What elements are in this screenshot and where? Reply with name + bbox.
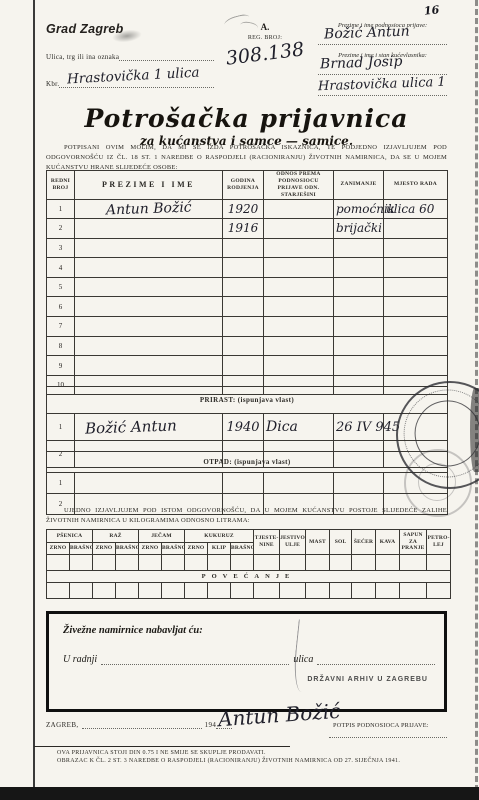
header-mjesto-rada: MJESTO RADA: [384, 171, 448, 200]
otpad-label-row: OTPAD: (ispunjava vlast): [47, 452, 448, 473]
row-number: 1: [47, 473, 75, 494]
row-number: 9: [47, 356, 75, 376]
row-number: 3: [47, 238, 75, 258]
cell-name: Antun Božić: [105, 199, 191, 218]
sub-brasno: BRAŠNO: [70, 543, 93, 555]
row-number: 1: [47, 414, 75, 441]
supplies-value-row: [47, 555, 451, 571]
signature-year-prefix: 194: [205, 721, 217, 729]
signature-city: ZAGREB,: [46, 721, 79, 729]
increase-band: POVEĆANJE: [47, 571, 451, 583]
landlord-value: Brnad Josip: [320, 54, 403, 73]
cell-date: 26 IV 945: [336, 420, 400, 435]
header-kava: KAVA: [376, 530, 400, 555]
cell-year: 1916: [228, 221, 259, 235]
table-row: 6: [47, 297, 448, 317]
reg-value: 308.138: [220, 38, 310, 71]
table-row: 1: [47, 473, 448, 494]
table-row: 2 1916 brijački: [47, 219, 448, 239]
table-row: 3: [47, 238, 448, 258]
corner-mark: 16: [423, 3, 440, 18]
prirast-label: PRIRAST: (ispunjava vlast): [47, 387, 448, 414]
table-row: 1 Božić Antun 1940 Dica 26 IV 945: [47, 414, 448, 441]
row-number: 1: [47, 199, 75, 219]
table-row: 7: [47, 317, 448, 337]
cell-year: 1920: [228, 202, 259, 216]
cell-relation: Dica: [266, 419, 298, 435]
round-stamp-faint: [404, 449, 472, 517]
bottom-scan-bar: [0, 787, 479, 800]
street-dotline: [317, 652, 435, 665]
header-sapun: SAPUN ZA PRANJE: [400, 530, 427, 555]
purchase-line1: Živežne namirnice nabavljat ću:: [63, 625, 203, 636]
signature-section: ZAGREB, 194 Antun Božić POTPIS PODNOSIOC…: [46, 711, 447, 755]
scanned-form-page: 16 Grad Zagreb Ulica, trg ili ina oznaka…: [0, 0, 479, 800]
header-prezime-ime: PREZIME I IME: [75, 171, 223, 200]
sub-zrno: ZRNO: [47, 543, 70, 555]
street-label: Ulica, trg ili ina oznaka: [46, 53, 119, 61]
shop-dotline: [101, 652, 289, 665]
header-psenica: PŠENICA: [47, 530, 93, 543]
cell-name: Božić Antun: [85, 416, 177, 437]
header-petrolej: PETRO­LEJ: [427, 530, 451, 555]
form-title: Potrošačka prijavnica: [46, 104, 447, 133]
cell-workplace: ulica 60: [386, 202, 434, 216]
supplies-value-row: [47, 583, 451, 599]
supplies-table: PŠENICA RAŽ JEČAM KUKURUZ TJESTE­NINE JE…: [46, 529, 447, 599]
row-number: 6: [47, 297, 75, 317]
increase-label: POVEĆANJE: [47, 571, 451, 583]
sub-zrno: ZRNO: [93, 543, 116, 555]
applicant-value: Božić Antun: [324, 24, 410, 43]
kbr-value: Hrastovička 1 ulica: [67, 65, 200, 88]
signature-label: POTPIS PODNOSIOCA PRIJAVE:: [333, 722, 429, 729]
header-jestivo-ulje: JESTIVO ULJE: [280, 530, 306, 555]
table-row: 1 Antun Božić 1920 pomoćnik ulica 60: [47, 199, 448, 219]
cell-occupation: brijački: [336, 221, 382, 235]
table-row: 8: [47, 336, 448, 356]
kbr-dotline: Hrastovička 1 ulica: [59, 71, 214, 88]
header-raz: RAŽ: [93, 530, 139, 543]
prirast-label-row: PRIRAST: (ispunjava vlast): [47, 387, 448, 414]
supplies-statement: UJEDNO IZJAVLJUJEM POD ISTOM ODGOVORNOŠĆ…: [46, 506, 447, 526]
signature-dotline: [329, 737, 447, 738]
header-mast: MAST: [306, 530, 330, 555]
footer-line2: OBRAZAC K ČL. 2 ST. 3 NAREDBE O RASPODJE…: [57, 758, 417, 764]
sub-zrno: ZRNO: [139, 543, 162, 555]
street-dotline: [119, 51, 214, 61]
row-number: 2: [47, 219, 75, 239]
declaration-text: POTPISANI OVIM MOLIM, DA MI SE IZDA POTR…: [46, 143, 447, 172]
sub-brasno: BRAŠNO: [231, 543, 254, 555]
otpad-label: OTPAD: (ispunjava vlast): [47, 452, 448, 473]
sub-zrno: ZRNO: [185, 543, 208, 555]
city-name: Grad Zagreb: [46, 22, 214, 36]
header-godina: GODINA RODJENJA: [223, 171, 264, 200]
landlord-dotline: Brnad Josip: [318, 59, 447, 75]
row-number: 5: [47, 277, 75, 297]
header-sol: SOL: [330, 530, 352, 555]
supplies-group-header: PŠENICA RAŽ JEČAM KUKURUZ TJESTE­NINE JE…: [47, 530, 451, 543]
footer-rule: [34, 746, 290, 747]
archive-stamp-text: DRŽAVNI ARHIV U ZAGREBU: [307, 676, 428, 683]
section-letter: A.: [221, 22, 309, 32]
header-tjestenine: TJESTE­NINE: [254, 530, 280, 555]
row-number: 7: [47, 317, 75, 337]
header-secer: ŠEĆER: [352, 530, 376, 555]
table-row: 4: [47, 258, 448, 278]
sub-klip: KLIP: [208, 543, 231, 555]
table-row: 5: [47, 277, 448, 297]
header-odnos: ODNOS PREMA PODNOSIOCU PRIJAVE ODN. STAR…: [264, 171, 334, 200]
household-header-row: REDNI BROJ PREZIME I IME GODINA RODJENJA…: [47, 171, 448, 200]
header-jecam: JEČAM: [139, 530, 185, 543]
header-zanimanje: ZANIMANJE: [334, 171, 384, 200]
sub-brasno: BRAŠNO: [162, 543, 185, 555]
cell-year: 1940: [226, 420, 259, 435]
row-number: 4: [47, 258, 75, 278]
sub-brasno: BRAŠNO: [116, 543, 139, 555]
landlord-address-dotline: Hrastovička ulica 1: [318, 80, 447, 96]
row-number: 8: [47, 336, 75, 356]
left-scan-edge: [33, 0, 35, 800]
applicant-dotline: Božić Antun: [318, 29, 447, 45]
kbr-label: Kbr.: [46, 80, 59, 88]
form-header: Grad Zagreb Ulica, trg ili ina oznaka Kb…: [46, 22, 447, 108]
landlord-address: Hrastovička ulica 1: [318, 75, 446, 94]
header-kukuruz: KUKURUZ: [185, 530, 254, 543]
table-row: 9: [47, 356, 448, 376]
household-table: REDNI BROJ PREZIME I IME GODINA RODJENJA…: [46, 170, 447, 395]
shop-label: U radnji: [63, 654, 97, 665]
purchase-box: Živežne namirnice nabavljat ću: U radnji…: [46, 611, 447, 712]
footer-line1: OVA PRIJAVNICA STOJI DIN 0.75 I NE SMIJE…: [57, 750, 417, 756]
header-redni-broj: REDNI BROJ: [47, 171, 75, 200]
date-dotline: [82, 719, 202, 729]
